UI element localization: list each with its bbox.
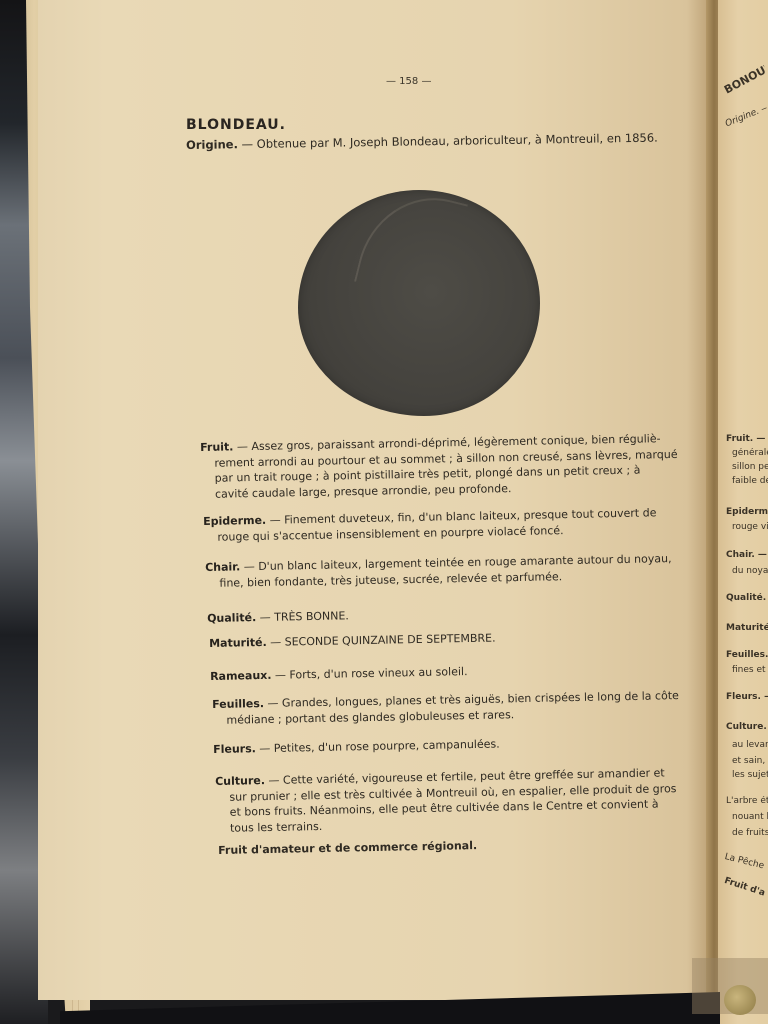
right-line: les sujets. [732,770,768,780]
entry-label: Chair. [205,560,240,574]
right-line-text: et sain, l [732,756,768,766]
right-line: faible dép [732,476,768,486]
entry-text: — TRÈS BONNE. [256,609,349,624]
right-line: Epiderme. — [726,507,768,517]
fruit-object [724,985,756,1015]
entry-label: Maturité. [209,636,267,650]
entry-label: Epiderme. [203,514,266,528]
right-line: généralem [732,448,768,458]
entry-label: Feuilles. [212,697,264,711]
entry-label: Fruit. [200,440,234,454]
entry-label: Culture. [215,774,265,788]
page-number: — 158 — [386,76,431,87]
entry-label: Qualité. [207,611,256,625]
right-line-text: Chair. — D' [726,550,768,560]
right-line-text: Maturité. — [726,623,768,633]
right-line-text: nouant bi [732,812,768,822]
right-line-text: Epiderme. — [726,507,768,517]
right-line: du noyau, [732,566,768,576]
right-line: Chair. — D' [726,550,768,560]
entry-text: — Petites, d'un rose pourpre, campanulée… [256,737,500,755]
right-line-text: sillon peu [732,462,768,472]
right-line-text: Qualité. — [726,593,768,603]
right-line-text: Fleurs. — M [726,692,768,702]
right-line-text: fines et re [732,665,768,675]
right-line: sillon peu [732,462,768,472]
right-line: Feuilles. — [726,650,768,660]
entry-qualite: Qualité. — TRÈS BONNE. [207,608,349,626]
right-line: L'arbre étan [726,796,768,806]
entry-text: — Forts, d'un rose vineux au soleil. [271,665,467,682]
right-line-text: généralem [732,448,768,458]
right-line-text: de fruits. [732,828,768,838]
right-line-text: Culture. — [726,722,768,732]
right-line: rouge vif [732,522,768,532]
right-line: Fleurs. — M [726,692,768,702]
right-line: et sain, l [732,756,768,766]
right-line: Maturité. — [726,623,768,633]
right-line-text: Fruit. — Gr [726,434,768,444]
right-line-text: Feuilles. — [726,650,768,660]
entry-label: Rameaux. [210,669,272,683]
right-line: au levant. [732,740,768,750]
variety-title: BLONDEAU. [186,117,286,133]
right-line: Fruit. — Gr [726,434,768,444]
entry-culture: Culture. — Cette variété, vigoureuse et … [215,765,677,836]
right-line: Qualité. — [726,593,768,603]
entry-text: — SECONDE QUINZAINE DE SEPTEMBRE. [267,632,496,649]
right-line-text: du noyau, [732,566,768,576]
entry-label: Fleurs. [213,742,256,756]
right-line-text: les sujets. [732,770,768,780]
right-line: nouant bi [732,812,768,822]
right-line-text: rouge vif [732,522,768,532]
origin-label: Origine. [186,137,238,152]
right-line: Culture. — [726,722,768,732]
right-line-text: L'arbre étan [726,796,768,806]
entry-fruit: Fruit. — Assez gros, paraissant arrondi-… [200,431,678,502]
right-line: de fruits. [732,828,768,838]
right-line: fines et re [732,665,768,675]
right-line-text: faible dép [732,476,768,486]
right-line-text: au levant. [732,740,768,750]
